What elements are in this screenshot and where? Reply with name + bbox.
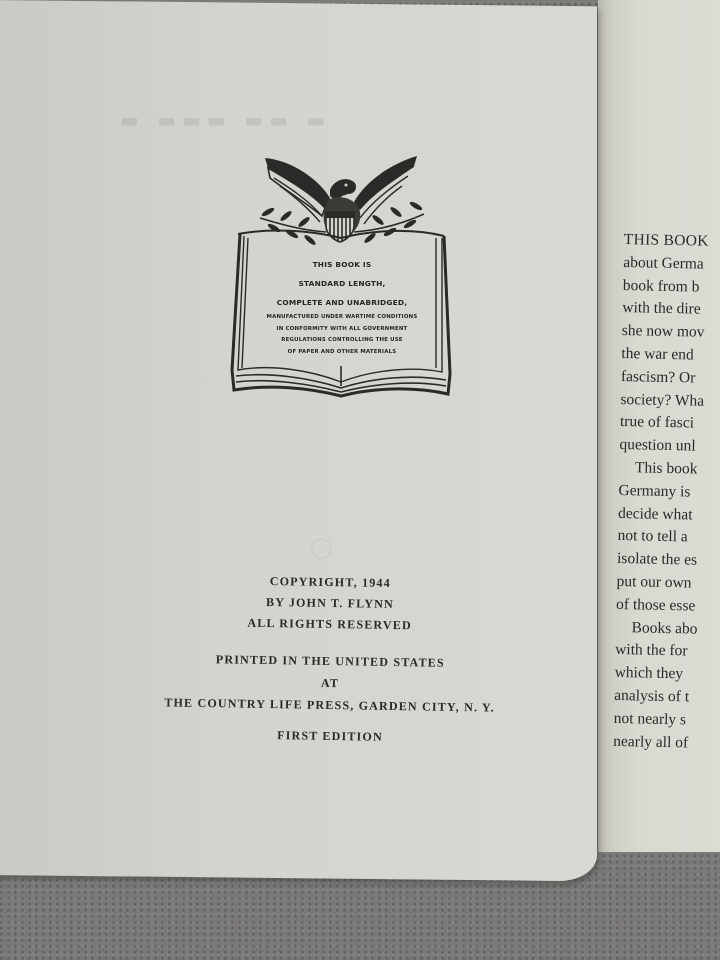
emblem-line: STANDARD LENGTH, [252, 274, 432, 293]
right-page-line: This book [619, 457, 704, 482]
right-page-line: decide what [618, 503, 703, 528]
right-page-line: the war end [621, 343, 706, 368]
right-page-line: analysis of t [614, 685, 699, 710]
emblem-line: MANUFACTURED UNDER WARTIME CONDITIONS [252, 312, 432, 324]
right-page-line: isolate the es [617, 548, 702, 573]
show-through-text: ▬ ▬▬▬ ▬▬ ▬ [120, 108, 331, 132]
right-page-line: society? Wha [620, 389, 705, 414]
emblem-line: OF PAPER AND OTHER MATERIALS [252, 347, 432, 359]
right-page-line: book from b [623, 275, 708, 300]
right-page-line: nearly all of [613, 730, 698, 755]
right-page-line: with the for [615, 639, 700, 664]
edition-line: FIRST EDITION [120, 726, 540, 748]
right-page-text: THIS BOOKabout Germabook from bwith the … [613, 229, 709, 755]
emblem-line: THIS BOOK IS [252, 255, 432, 274]
copyright-block: COPYRIGHT, 1944 BY JOHN T. FLYNN ALL RIG… [120, 569, 541, 639]
emblem-line: COMPLETE AND UNABRIDGED, [252, 293, 432, 312]
printer-block: PRINTED IN THE UNITED STATES AT THE COUN… [120, 647, 541, 720]
emblem-text: THIS BOOK IS STANDARD LENGTH, COMPLETE A… [252, 255, 432, 358]
right-page-line: which they [614, 662, 699, 687]
right-page-line: not nearly s [613, 708, 698, 733]
emblem-line: IN CONFORMITY WITH ALL GOVERNMENT [252, 324, 432, 336]
standard-length-emblem: THIS BOOK IS STANDARD LENGTH, COMPLETE A… [230, 150, 452, 405]
right-page-line: question unl [619, 434, 704, 459]
right-page-line: of those esse [616, 594, 701, 619]
show-through-text: ◯ [310, 535, 338, 559]
right-page-line: with the dire [622, 297, 707, 322]
left-page: ▬ ▬▬▬ ▬▬ ▬ ◯ [0, 0, 597, 881]
right-page-line: she now mov [622, 320, 707, 345]
right-page-line: fascism? Or [621, 366, 706, 391]
right-page-line: put our own [616, 571, 701, 596]
right-page-line: true of fasci [620, 411, 705, 436]
emblem-line: REGULATIONS CONTROLLING THE USE [252, 335, 432, 347]
right-page-line: Books abo [615, 616, 700, 641]
right-page-line: about Germa [623, 252, 708, 277]
right-page-line: THIS BOOK [624, 229, 709, 254]
right-page-line: not to tell a [617, 525, 702, 550]
right-page-line: Germany is [618, 480, 703, 505]
